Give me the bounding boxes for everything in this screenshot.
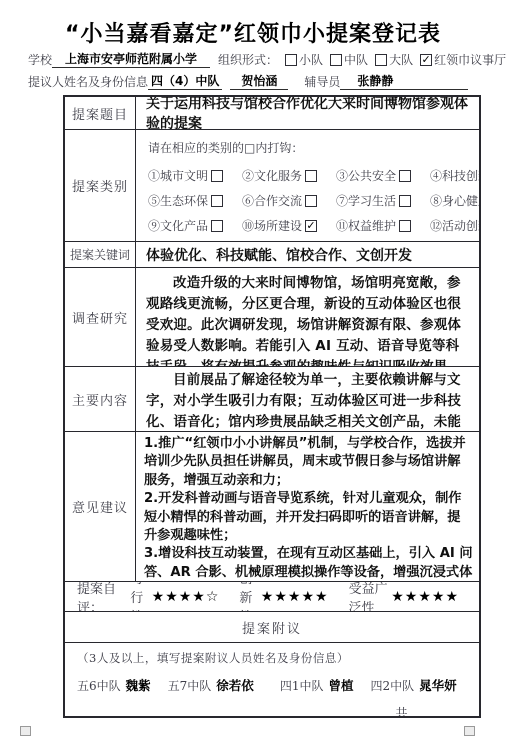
org-option-label: 红领巾议事厅 (434, 51, 506, 68)
seconders-line-2: 四3中队黄璐函 四4中队周沐辰 四5中队许奕朵 共计 7 人 (77, 704, 469, 716)
category-checkbox[interactable]: ✓ (305, 220, 317, 232)
benefit-stars: ★★★★★ (391, 589, 459, 605)
org-option-label: 小队 (299, 51, 323, 68)
category-option: ③公共安全 (336, 167, 430, 184)
suggestions-label: 意见建议 (65, 432, 136, 581)
selection-handle-left[interactable] (20, 726, 31, 736)
org-option-label: 中队 (344, 51, 368, 68)
school-value-field[interactable]: 上海市安亭师范附属小学 (52, 50, 210, 68)
org-form-label: 组织形式： (218, 51, 278, 68)
category-option: ⑥合作交流 (242, 192, 336, 209)
category-option: ①城市文明 (148, 167, 242, 184)
suggestion-item-2: 2.开发科普动画与语音导览系统，针对儿童观众，制作短小精悍的科普动画，并开发扫码… (144, 490, 473, 545)
category-option: ⑦学习生活 (336, 192, 430, 209)
row-suggestions: 意见建议 1.推广“红领巾小小讲解员”机制，与学校合作，选拔并培训少先队员担任讲… (65, 432, 479, 582)
category-checkbox[interactable] (211, 195, 223, 207)
category-label: 提案类别 (65, 130, 136, 241)
proposer-name-field[interactable]: 贺怡涵 (230, 72, 288, 90)
eval-benefit: 受益广泛性 ★★★★★ (349, 582, 459, 612)
research-text: 改造升级的大来时间博物馆，场馆明亮宽敞，参观路线更流畅，分区更合理，新设的互动体… (136, 268, 479, 367)
topic-label: 提案题目 (65, 97, 136, 129)
category-option: ⑨文化产品 (148, 217, 242, 234)
header-proposer-line: 提议人姓名及身份信息 四（4）中队 贺怡涵 辅导员 张静静 (28, 72, 494, 90)
feasibility-stars: ★★★★☆ (152, 589, 220, 605)
category-option: ⑩场所建设✓ (242, 217, 336, 234)
research-label: 调查研究 (65, 268, 136, 366)
category-row-3: ⑨文化产品 ⑩场所建设✓ ⑪权益维护 ⑫活动创新✓ (148, 217, 479, 234)
category-checkbox[interactable] (305, 170, 317, 182)
row-seconders: （3人及以上，填写提案附议人员姓名及身份信息） 五6中队魏紫 五7中队徐若依 四… (65, 643, 479, 716)
category-checkbox[interactable] (399, 195, 411, 207)
proposal-table: 提案题目 关于运用科技与馆校合作优化大来时间博物馆参观体验的提案 提案类别 请在… (63, 95, 481, 718)
seconder-entry: 五6中队魏紫 (77, 676, 151, 694)
self-eval-label: 提案自评： (77, 582, 130, 612)
proposal-form-sheet: “小当嘉看嘉定”红领巾小提案登记表 学校 上海市安亭师范附属小学 组织形式： 小… (0, 0, 506, 736)
row-keywords: 提案关键词 体验优化、科技赋能、馆校合作、文创开发 (65, 242, 479, 268)
category-option: ⑧身心健康 (430, 192, 479, 209)
category-option: ⑪权益维护 (336, 217, 430, 234)
counselor-label: 辅导员 (304, 73, 340, 90)
org-option-label: 大队 (389, 51, 413, 68)
org-option-dadui: 大队 (375, 51, 413, 68)
row-research: 调查研究 改造升级的大来时间博物馆，场馆明亮宽敞，参观路线更流畅，分区更合理，新… (65, 268, 479, 367)
category-option: ⑤生态环保 (148, 192, 242, 209)
org-option-yishiting: ✓ 红领巾议事厅 (420, 51, 506, 68)
innovation-stars: ★★★★★ (261, 589, 329, 605)
eval-feasibility: 可行性 ★★★★☆ (130, 582, 219, 612)
keywords-label: 提案关键词 (65, 242, 136, 267)
org-option-zhongdui: 中队 (330, 51, 368, 68)
org-option-xiaodui: 小队 (285, 51, 323, 68)
seconder-entry: 四1中队曾植 (280, 676, 354, 694)
keywords-value: 体验优化、科技赋能、馆校合作、文创开发 (136, 242, 479, 267)
category-row-1: ①城市文明 ②文化服务 ③公共安全 ④科技创新✓ (148, 167, 479, 184)
category-checkbox[interactable] (211, 220, 223, 232)
org-checkbox-zhongdui[interactable] (330, 54, 342, 66)
category-checkbox[interactable] (399, 170, 411, 182)
seconder-entry: 五7中队徐若依 (168, 676, 254, 694)
selection-handle-right[interactable] (464, 726, 475, 736)
counselor-name-field[interactable]: 张静静 (340, 72, 468, 90)
main-content-label: 主要内容 (65, 367, 136, 431)
header-school-line: 学校 上海市安亭师范附属小学 组织形式： 小队 中队 大队 ✓ 红领巾议事厅 (28, 50, 494, 68)
main-content-text: 目前展品了解途径较为单一，主要依赖讲解与文字，对小学生吸引力有限；互动体验区可进… (136, 367, 479, 432)
proposer-team-field[interactable]: 四（4）中队 (148, 72, 222, 90)
suggestion-item-1: 1.推广“红领巾小小讲解员”机制，与学校合作，选拔并培训少先队员担任讲解员，周末… (144, 435, 473, 490)
row-self-eval: 提案自评： 可行性 ★★★★☆ 创新性 ★★★★★ 受益广泛性 ★★★★★ (65, 582, 479, 612)
seconders-total: 共计 7 人 (395, 704, 469, 716)
eval-innovation: 创新性 ★★★★★ (239, 582, 328, 612)
row-topic: 提案题目 关于运用科技与馆校合作优化大来时间博物馆参观体验的提案 (65, 97, 479, 130)
org-checkbox-yishiting[interactable]: ✓ (420, 54, 432, 66)
row-main-content: 主要内容 目前展品了解途径较为单一，主要依赖讲解与文字，对小学生吸引力有限；互动… (65, 367, 479, 432)
category-checkbox[interactable] (211, 170, 223, 182)
school-label: 学校 (28, 51, 52, 68)
seconding-note: （3人及以上，填写提案附议人员姓名及身份信息） (77, 650, 469, 666)
category-option: ④科技创新✓ (430, 167, 479, 184)
category-checkbox[interactable] (305, 195, 317, 207)
seconding-title: 提案附议 (242, 618, 302, 637)
proposer-label: 提议人姓名及身份信息 (28, 73, 148, 90)
org-checkbox-dadui[interactable] (375, 54, 387, 66)
seconders-line-1: 五6中队魏紫 五7中队徐若依 四1中队曾植 四2中队晁华妍 (77, 676, 469, 694)
category-row-2: ⑤生态环保 ⑥合作交流 ⑦学习生活 ⑧身心健康 (148, 192, 479, 209)
form-title: “小当嘉看嘉定”红领巾小提案登记表 (0, 17, 506, 48)
category-hint: 请在相应的类别的□内打钩： (148, 139, 479, 156)
row-seconding-title: 提案附议 (65, 612, 479, 643)
category-option: ②文化服务 (242, 167, 336, 184)
category-checkbox[interactable] (399, 220, 411, 232)
total-label: 共计 (395, 704, 416, 716)
category-option: ⑫活动创新✓ (430, 217, 479, 234)
seconder-entry: 四2中队晁华妍 (370, 676, 456, 694)
org-checkbox-xiaodui[interactable] (285, 54, 297, 66)
row-category: 提案类别 请在相应的类别的□内打钩： ①城市文明 ②文化服务 ③公共安全 ④科技… (65, 130, 479, 242)
suggestion-item-3: 3.增设科技互动装置，在现有互动区基础上，引入 AI 问答、AR 合影、机械原理… (144, 545, 473, 582)
topic-value: 关于运用科技与馆校合作优化大来时间博物馆参观体验的提案 (136, 97, 479, 129)
